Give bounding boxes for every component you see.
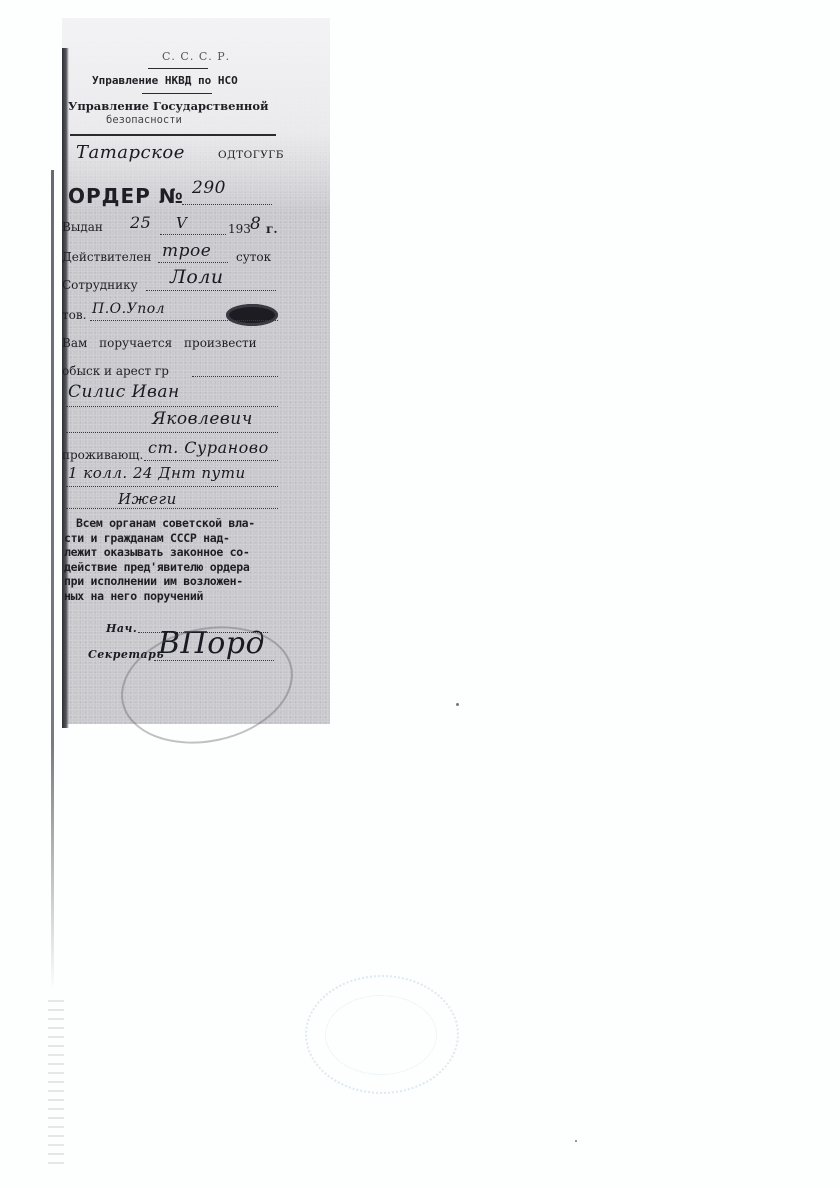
branch-handwritten: Татарское — [76, 142, 185, 163]
legal-notice: Всем органам советской вла- сти и гражда… — [64, 516, 255, 603]
employee-label: Сотруднику — [62, 278, 138, 292]
assignment-line1: Вам поручается произвести — [62, 336, 257, 350]
valid-label: Действителен — [62, 250, 151, 264]
redacted-scribble — [226, 304, 278, 326]
residence-label: проживающ. — [62, 448, 143, 462]
warrant-paper: С. С. С. Р. Управление НКВД по НСО Управ… — [62, 18, 330, 724]
department-label: Управление Государственной — [68, 99, 269, 113]
scan-noise — [48, 1000, 64, 1165]
valid-value: трое — [162, 241, 211, 261]
residence-line3: Ижеги — [118, 490, 177, 508]
issued-month: V — [176, 214, 187, 232]
issued-day: 25 — [130, 213, 151, 232]
official-seal — [110, 611, 304, 759]
issued-year-prefix: 193 — [228, 222, 251, 236]
directorate-label: Управление НКВД по НСО — [92, 74, 238, 87]
order-title: ОРДЕР № — [68, 184, 184, 208]
branch-printed: ОДТОГУГБ — [218, 149, 284, 161]
employee-value: Лоли — [170, 266, 224, 288]
residence-line1: ст. Сураново — [148, 438, 269, 457]
valid-unit: суток — [236, 250, 271, 264]
tov-value: П.О.Упол — [92, 301, 165, 317]
issued-label: Выдан — [62, 220, 103, 234]
person-line1: Силис Иван — [68, 382, 180, 402]
year-label: г. — [266, 222, 278, 236]
country-label: С. С. С. Р. — [162, 50, 230, 63]
issued-year-suffix: 8 — [250, 214, 261, 234]
department-label-line2: безопасности — [106, 114, 182, 126]
assignment-line2: обыск и арест гр — [62, 364, 169, 378]
tov-label: тов. — [62, 308, 86, 322]
person-line2: Яковлевич — [152, 409, 253, 429]
scan-edge-line — [51, 170, 54, 990]
chief-label: Нач. — [106, 622, 137, 635]
order-number: 290 — [192, 178, 226, 198]
residence-line2: 1 колл. 24 Днт пути — [68, 464, 246, 482]
